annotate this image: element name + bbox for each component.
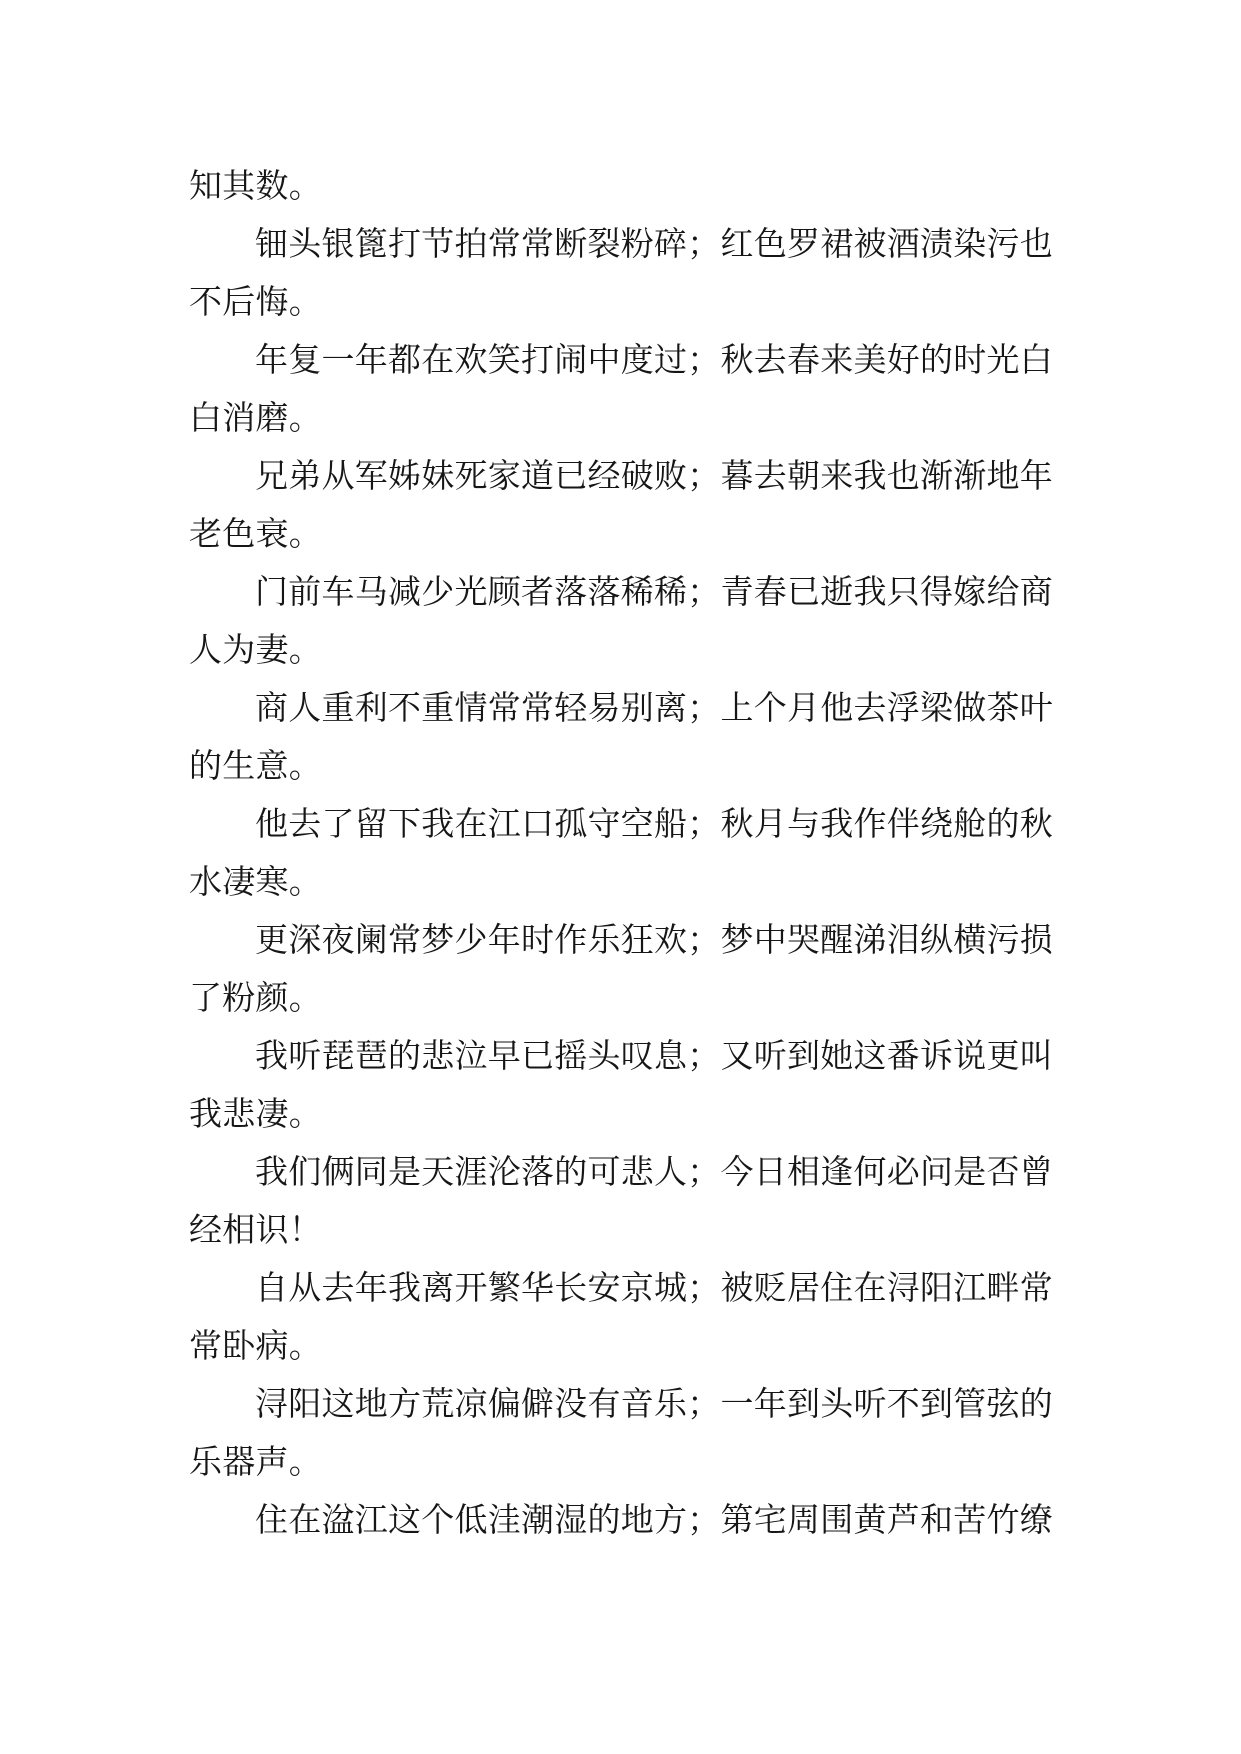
text-line: 自从去年我离开繁华长安京城；被贬居住在浔阳江畔常	[189, 1260, 1059, 1318]
text-line: 商人重利不重情常常轻易别离；上个月他去浮梁做茶叶	[189, 680, 1059, 738]
text-line: 人为妻。	[189, 622, 1059, 680]
text-line: 兄弟从军姊妹死家道已经破败；暮去朝来我也渐渐地年	[189, 448, 1059, 506]
document-page: 知其数。钿头银篦打节拍常常断裂粉碎；红色罗裙被酒渍染污也不后悔。年复一年都在欢笑…	[0, 0, 1241, 1754]
text-line: 了粉颜。	[189, 970, 1059, 1028]
text-block: 知其数。钿头银篦打节拍常常断裂粉碎；红色罗裙被酒渍染污也不后悔。年复一年都在欢笑…	[189, 158, 1059, 1550]
text-line: 知其数。	[189, 158, 1059, 216]
text-line: 更深夜阑常梦少年时作乐狂欢；梦中哭醒涕泪纵横污损	[189, 912, 1059, 970]
text-line: 老色衰。	[189, 506, 1059, 564]
text-line: 白消磨。	[189, 390, 1059, 448]
text-line: 年复一年都在欢笑打闹中度过；秋去春来美好的时光白	[189, 332, 1059, 390]
text-line: 的生意。	[189, 738, 1059, 796]
text-line: 我听琵琶的悲泣早已摇头叹息；又听到她这番诉说更叫	[189, 1028, 1059, 1086]
text-line: 经相识！	[189, 1202, 1059, 1260]
text-line: 浔阳这地方荒凉偏僻没有音乐；一年到头听不到管弦的	[189, 1376, 1059, 1434]
text-line: 钿头银篦打节拍常常断裂粉碎；红色罗裙被酒渍染污也	[189, 216, 1059, 274]
text-line: 水凄寒。	[189, 854, 1059, 912]
text-line: 门前车马减少光顾者落落稀稀；青春已逝我只得嫁给商	[189, 564, 1059, 622]
text-line: 不后悔。	[189, 274, 1059, 332]
text-line: 常卧病。	[189, 1318, 1059, 1376]
text-line: 乐器声。	[189, 1434, 1059, 1492]
text-line: 他去了留下我在江口孤守空船；秋月与我作伴绕舱的秋	[189, 796, 1059, 854]
text-line: 我们俩同是天涯沦落的可悲人；今日相逢何必问是否曾	[189, 1144, 1059, 1202]
text-line: 住在湓江这个低洼潮湿的地方；第宅周围黄芦和苦竹缭	[189, 1492, 1059, 1550]
text-line: 我悲凄。	[189, 1086, 1059, 1144]
